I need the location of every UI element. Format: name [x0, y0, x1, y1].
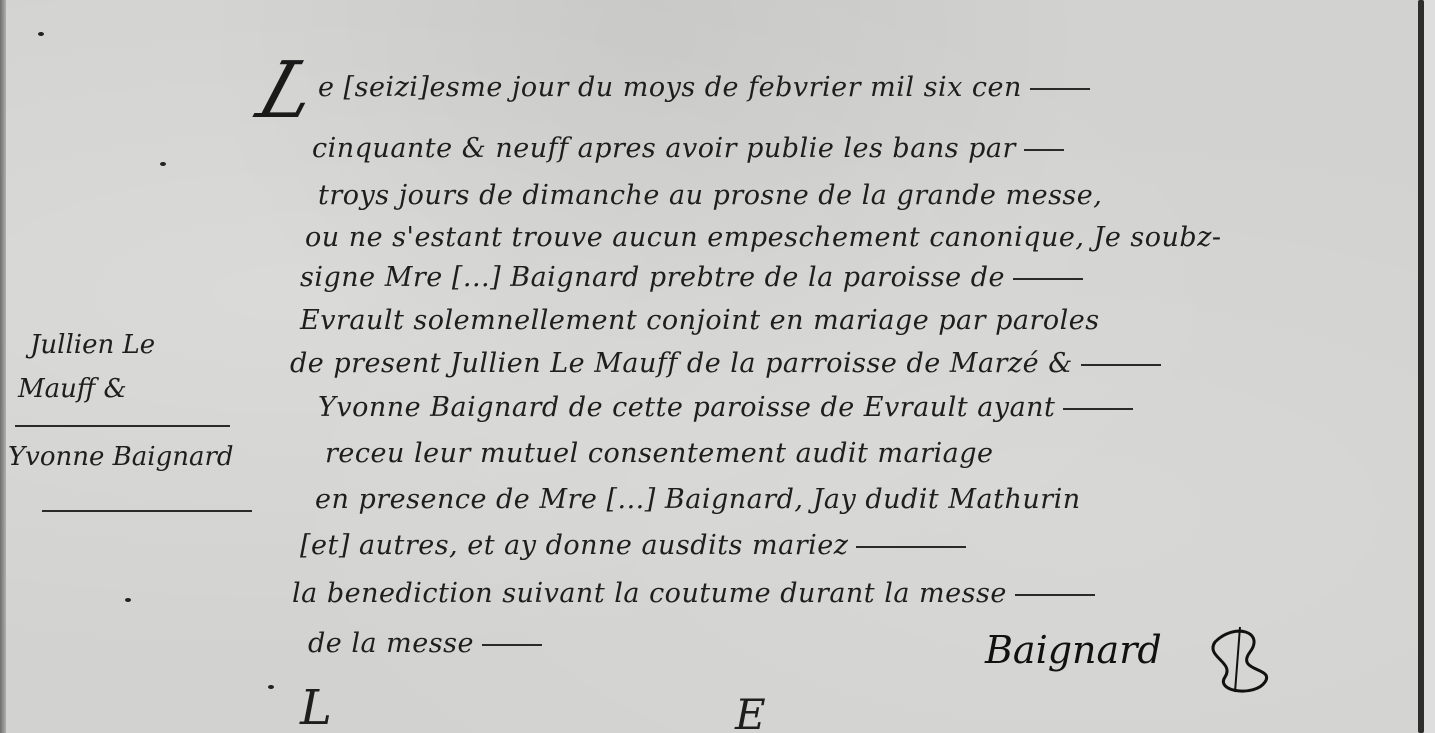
signature-paraph-icon [1195, 622, 1285, 702]
record-line-3: troys jours de dimanche au prosne de la … [318, 180, 1102, 211]
record-line-text: Evrault solemnellement conjoint en maria… [300, 305, 1100, 336]
ink-speck [268, 685, 274, 689]
record-line-text: de la messe [308, 628, 474, 659]
manuscript-page: L e [seizi]esme jour du moys de febvrier… [0, 0, 1435, 733]
record-line-10: en presence de Mre [...] Baignard, Jay d… [315, 484, 1081, 515]
record-line-5: signe Mre [...] Baignard prebtre de la p… [300, 262, 1083, 293]
drop-cap-initial: L [249, 52, 326, 130]
ink-speck [38, 32, 44, 36]
record-line-text: en presence de Mre [...] Baignard, Jay d… [315, 484, 1081, 515]
margin-note-line-1: Jullien Le [30, 330, 155, 360]
record-line-2: cinquante & neuff apres avoir publie les… [312, 133, 1064, 164]
record-line-12: la benediction suivant la coutume durant… [292, 578, 1095, 609]
margin-rule [42, 510, 252, 512]
priest-signature: Baignard [985, 628, 1162, 672]
record-line-text: ou ne s'estant trouve aucun empeschement… [305, 222, 1222, 253]
record-line-text: troys jours de dimanche au prosne de la … [318, 180, 1102, 211]
margin-note-line-3: Yvonne Baignard [8, 442, 234, 472]
record-line-11: [et] autres, et ay donne ausdits mariez [300, 530, 966, 561]
record-line-text: cinquante & neuff apres avoir publie les… [312, 133, 1016, 164]
margin-rule [15, 425, 230, 427]
record-line-4: ou ne s'estant trouve aucun empeschement… [305, 222, 1222, 253]
record-line-text: Yvonne Baignard de cette paroisse de Evr… [318, 392, 1055, 423]
record-line-text: e [seizi]esme jour du moys de febvrier m… [318, 72, 1022, 103]
record-line-text: de present Jullien Le Mauff de la parroi… [290, 348, 1073, 379]
next-entry-partial: E [735, 690, 766, 733]
record-line-8: Yvonne Baignard de cette paroisse de Evr… [318, 392, 1133, 423]
record-line-text: receu leur mutuel consentement audit mar… [325, 438, 994, 469]
record-line-6: Evrault solemnellement conjoint en maria… [300, 305, 1100, 336]
record-line-text: [et] autres, et ay donne ausdits mariez [300, 530, 848, 561]
record-line-text: signe Mre [...] Baignard prebtre de la p… [300, 262, 1005, 293]
record-line-9: receu leur mutuel consentement audit mar… [325, 438, 994, 469]
next-entry-initial: L [300, 680, 332, 733]
record-line-13: de la messe [308, 628, 542, 659]
record-line-text: la benediction suivant la coutume durant… [292, 578, 1007, 609]
record-line-7: de present Jullien Le Mauff de la parroi… [290, 348, 1161, 379]
page-right-margin [1424, 0, 1435, 733]
ink-speck [125, 598, 131, 602]
margin-note-line-2: Mauff & [18, 374, 127, 404]
ink-speck [160, 162, 166, 166]
record-line-1: e [seizi]esme jour du moys de febvrier m… [318, 72, 1090, 103]
page-left-edge [0, 0, 6, 733]
